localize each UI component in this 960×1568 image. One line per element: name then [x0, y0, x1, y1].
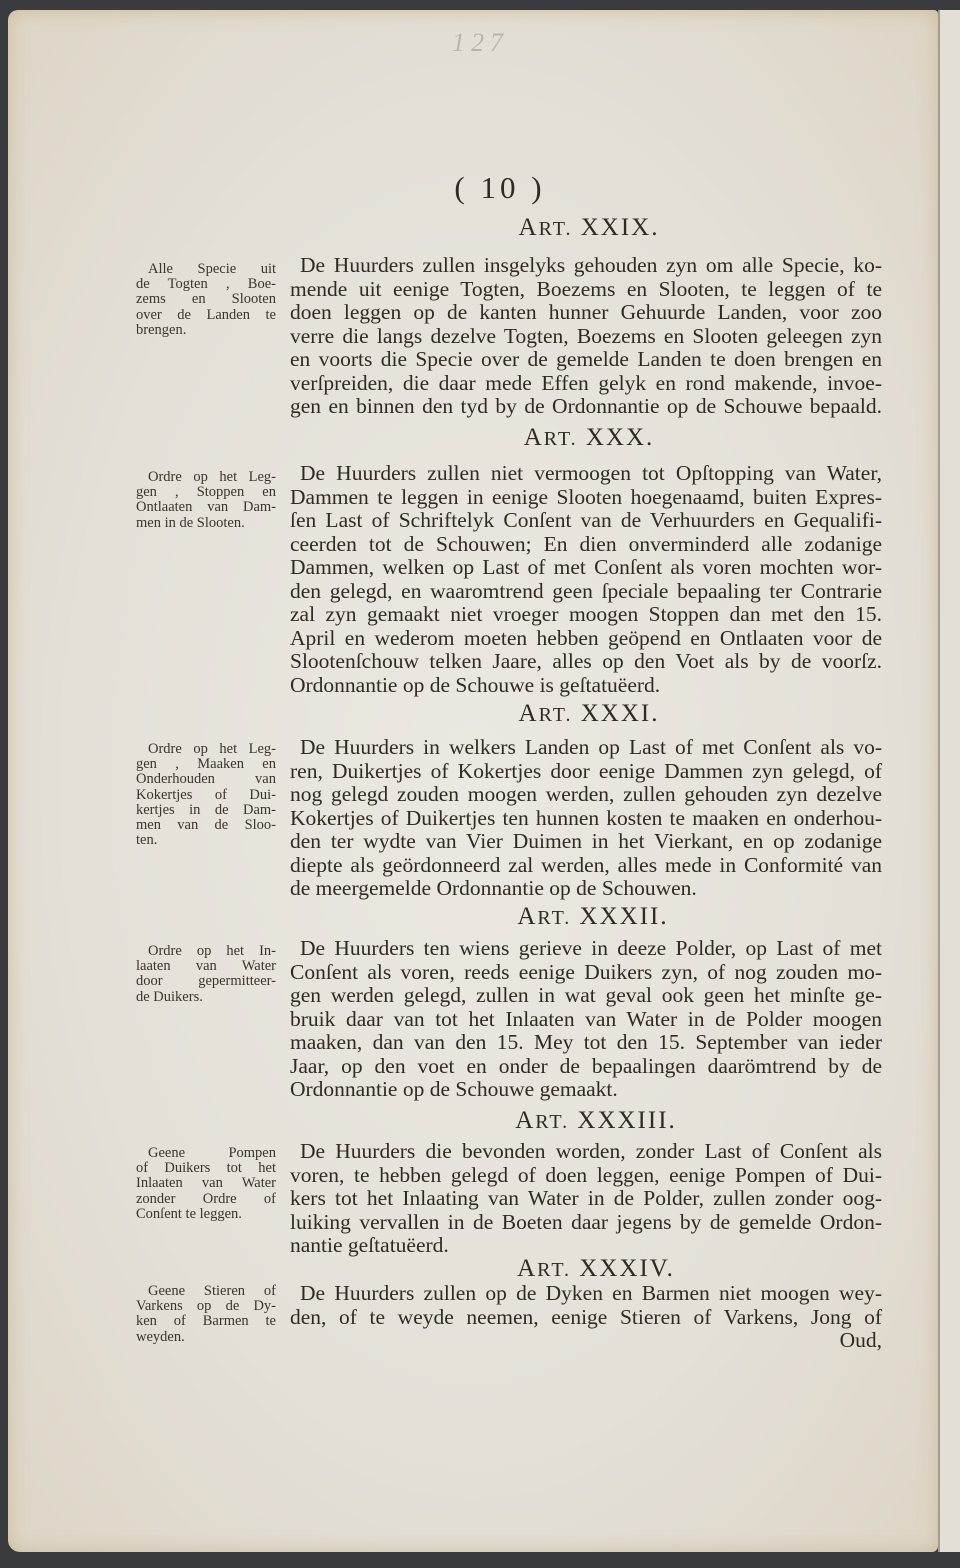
catchword: Oud, [290, 1329, 882, 1353]
facing-page-edge [938, 10, 960, 1552]
article-body-xxxiv: De Huurders zullen op de Dyken en Barmen… [290, 1282, 882, 1353]
article-heading-xxxi: ART. XXXI. [519, 700, 660, 728]
article-heading-xxix: ART. XXIX. [519, 214, 660, 242]
article-heading-xxx: ART. XXX. [524, 424, 655, 452]
margin-note-xxxii: Ordre op het In- laaten van Water door g… [136, 944, 276, 1005]
pencil-folio-mark: 127 [452, 28, 509, 58]
article-body-xxxii: De Huurders ten wiens gerieve in deeze P… [290, 937, 882, 1102]
article-heading-xxxiv: ART. XXXIV. [517, 1255, 675, 1283]
margin-note-xxxiii: Geene Pompen of Duikers tot het Inlaaten… [136, 1146, 276, 1222]
article-body-xxxiii: De Huurders die bevonden worden, zonder … [290, 1140, 882, 1258]
article-heading-xxxiii: ART. XXXIII. [515, 1107, 677, 1135]
margin-note-xxxi: Ordre op het Leg- gen , Maaken en Onderh… [136, 742, 276, 848]
article-heading-xxxii: ART. XXXII. [517, 903, 668, 931]
margin-note-xxxiv: Geene Stieren of Varkens op de Dy- ken o… [136, 1284, 276, 1345]
page-number: ( 10 ) [454, 170, 545, 206]
margin-note-xxx: Ordre op het Leg- gen , Stoppen en Ontla… [136, 470, 276, 531]
article-body-xxx: De Huurders zullen niet vermoogen tot Op… [290, 462, 882, 697]
margin-note-xxix: Alle Specie uit de Togten , Boe- zems en… [136, 262, 276, 338]
article-body-xxix: De Huurders zullen insgelyks gehouden zy… [290, 254, 882, 419]
article-body-xxxi: De Huurders in welkers Landen op Last of… [290, 736, 882, 901]
